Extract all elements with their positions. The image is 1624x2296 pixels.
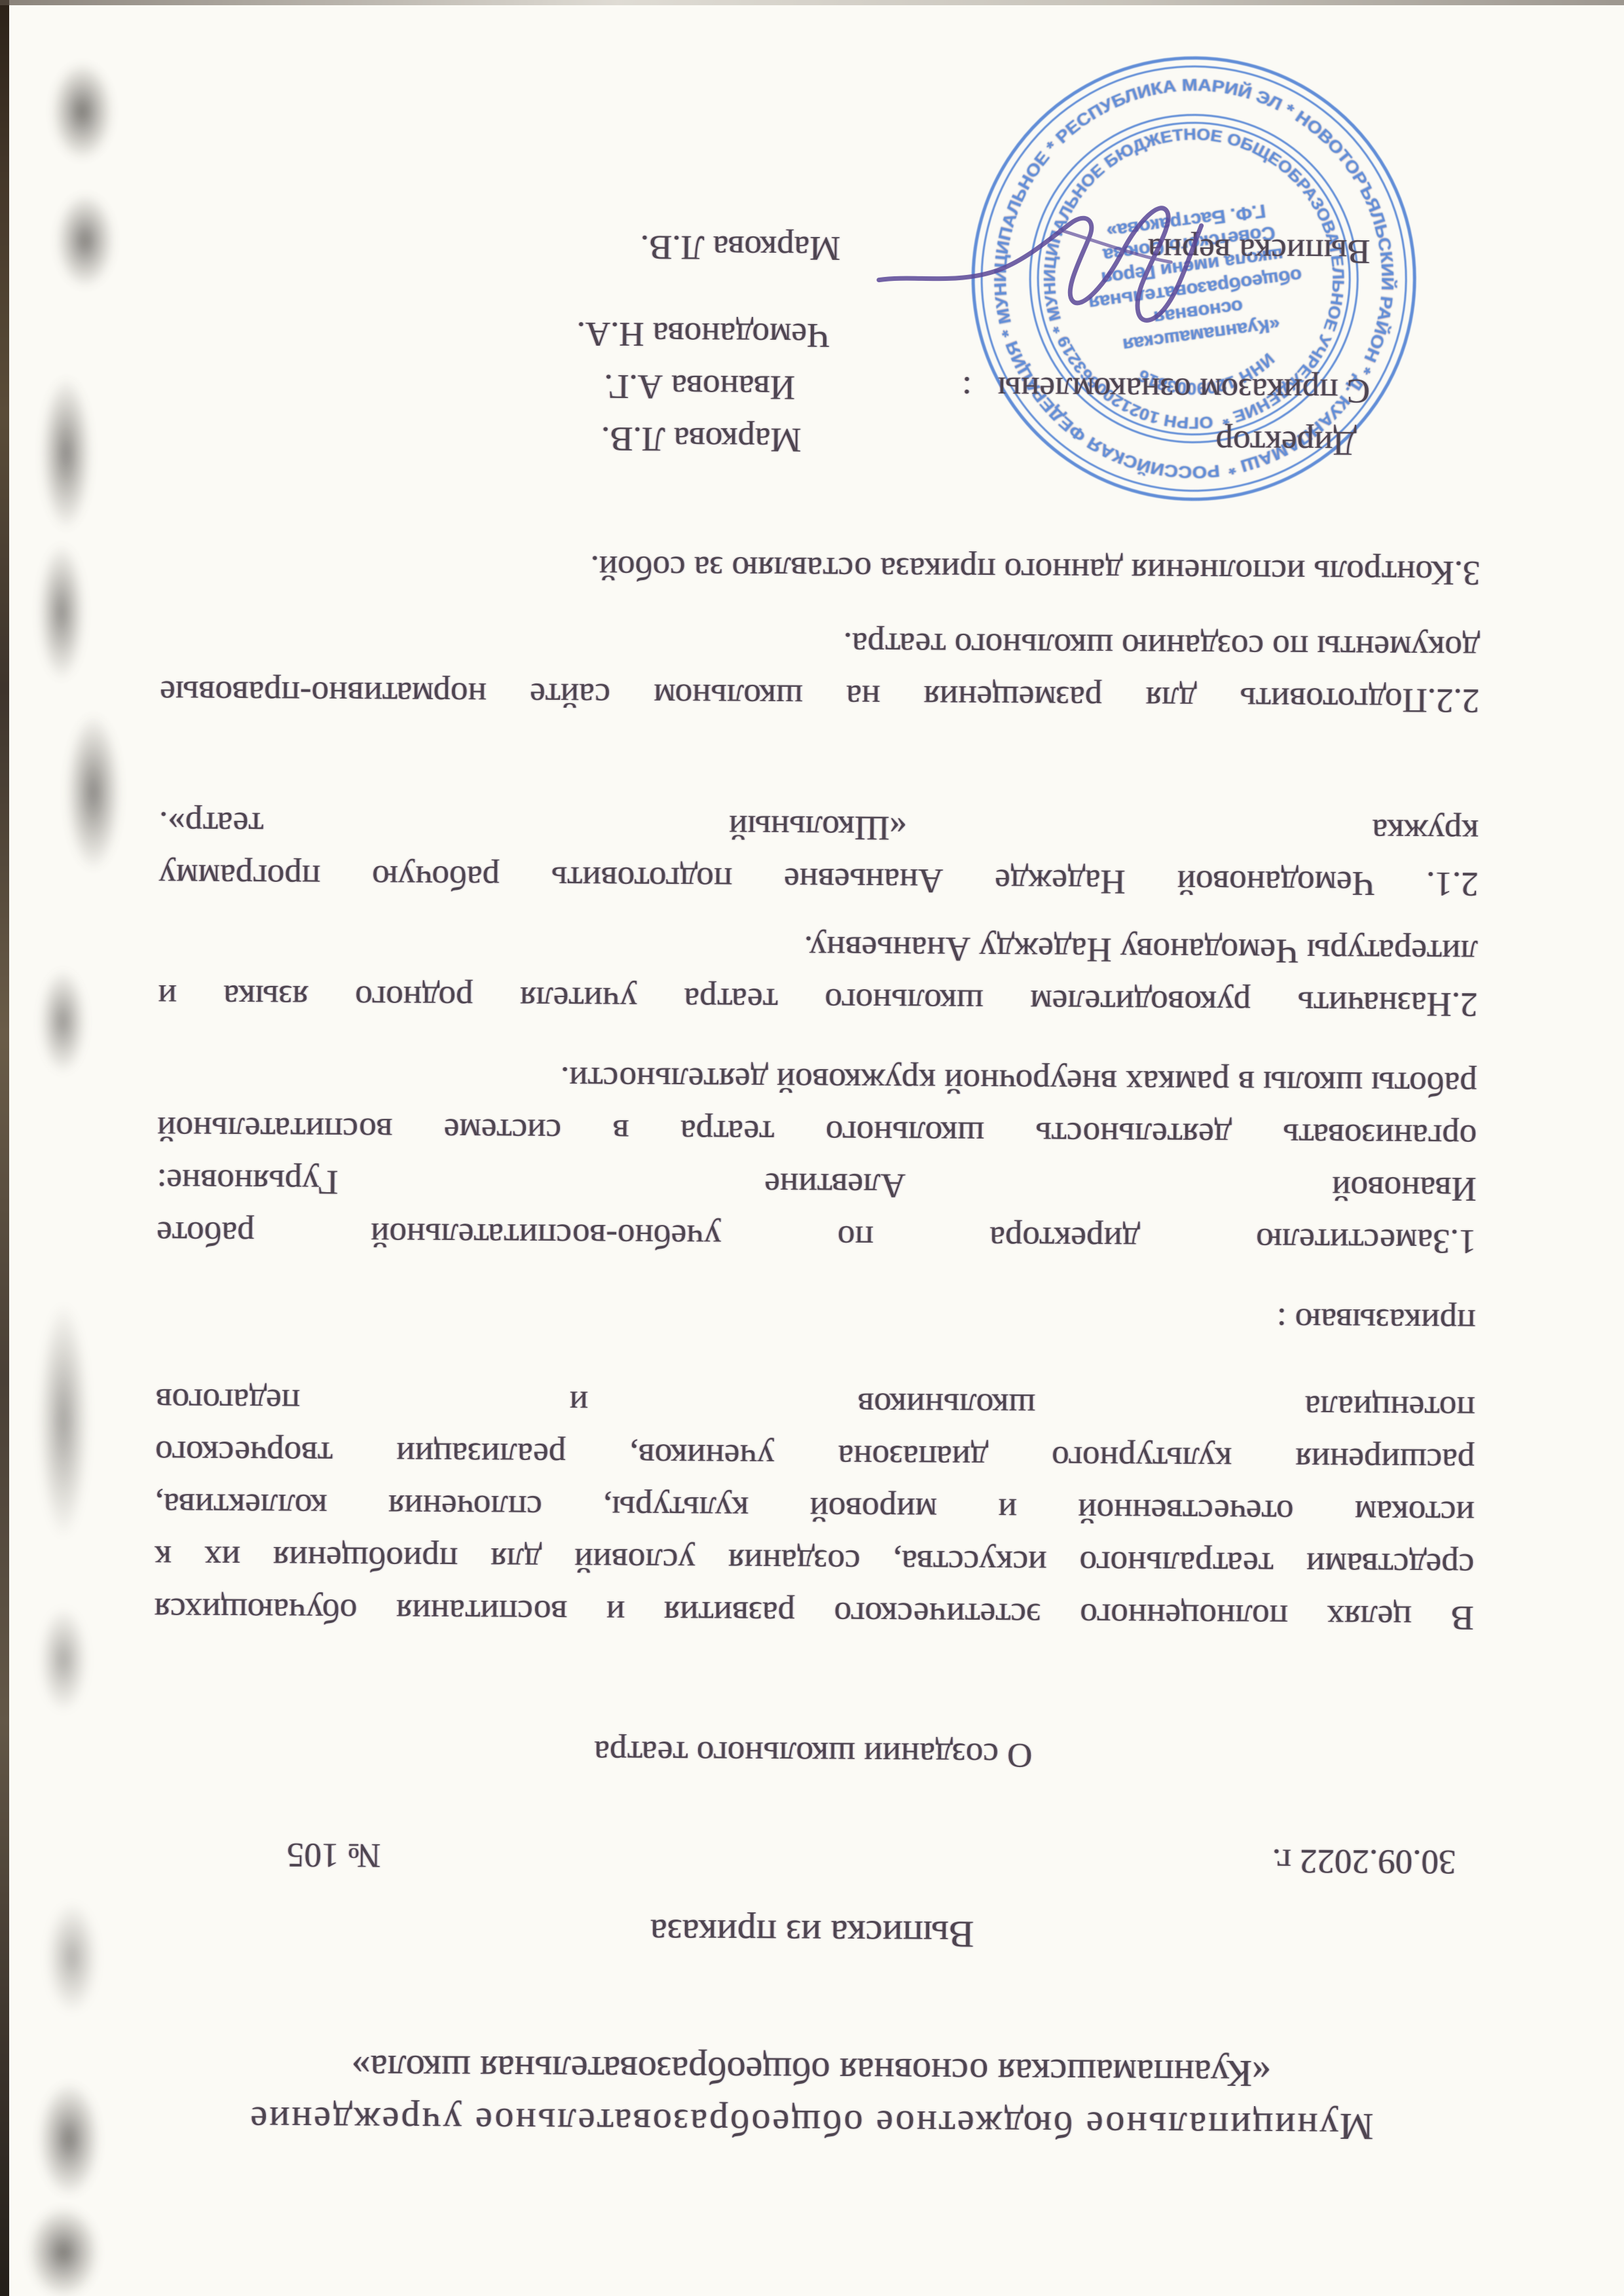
acknowledged-name-1: Иванова А.Г. [604, 360, 795, 414]
copy-true-name: Маркова Л.В. [640, 221, 841, 274]
scan-edge-left [0, 0, 9, 2296]
acknowledged-row: С приказом ознакомлены : Иванова А.Г. [162, 357, 1481, 418]
preamble-paragraph: В целях полноценного эстетического разви… [154, 1374, 1475, 1644]
acknowledged-row-2: Чемоданова Н.А. [162, 305, 1481, 365]
scan-smudge [39, 969, 86, 1074]
director-label: Директор [1215, 416, 1357, 469]
org-name-line2: «Куанпамашская основная общеобразователь… [151, 2041, 1471, 2101]
handwritten-signature [870, 182, 1211, 341]
item1-line: работы школы в рамках внеурочной кружков… [157, 1050, 1477, 1110]
scan-smudge [38, 1303, 89, 1539]
preamble-line: истокам отечественной и мировой культуры… [155, 1479, 1474, 1539]
preamble-line: средствами театрального искусства, созда… [155, 1531, 1474, 1592]
scan-smudge [38, 2082, 100, 2196]
preamble-line: В целях полноценного эстетического разви… [154, 1584, 1473, 1644]
scanned-page: Муниципальное бюджетное общеобразователь… [0, 0, 1624, 2296]
acknowledged-name-2: Чемоданова Н.А. [576, 308, 829, 361]
scan-smudge [46, 1902, 98, 2013]
order-item-1: 1.Заместителю директора по учебно-воспит… [157, 1050, 1477, 1267]
date-number-row: 30.09.2022 г. № 105 [153, 1828, 1472, 1888]
scan-smudge [41, 376, 92, 530]
item1-line: организовать деятельность школьного теат… [157, 1102, 1477, 1163]
item2-1-line: кружка «Школьный театр». [159, 797, 1479, 858]
scan-edge-top [0, 0, 1624, 5]
director-signature-row: Директор Маркова Л.В. [161, 410, 1481, 470]
document-date: 30.09.2022 г. [1272, 1834, 1456, 1888]
scan-smudge [39, 1607, 88, 1712]
order-item-2: 2.Назначить руководителем школьного теат… [158, 918, 1478, 1030]
document-number: № 105 [287, 1829, 381, 1882]
scan-smudge [56, 193, 115, 288]
order-item-2-1: 2.1. Чемодановой Надежде Ананьевне подго… [158, 797, 1479, 910]
order-item-3: 3.Контроль исполнения данного приказа ос… [160, 539, 1480, 599]
scan-smudge [28, 2206, 100, 2296]
preamble-line: расширения культурного диапазона ученико… [155, 1427, 1475, 1487]
acknowledged-label: С приказом ознакомлены : [962, 362, 1371, 417]
item1-line: 1.Заместителю директора по учебно-воспит… [157, 1207, 1476, 1267]
item2-1-line: 2.1. Чемодановой Надежде Ананьевне подго… [158, 850, 1478, 910]
scan-smudge [51, 62, 113, 160]
org-name-line1: Муниципальное бюджетное общеобразователь… [151, 2093, 1471, 2153]
document-sheet-rotated-180: Муниципальное бюджетное общеобразователь… [0, 0, 1624, 2296]
order-item-2-2: 2.2.Подготовить для размещения на школьн… [160, 614, 1480, 727]
director-name: Маркова Л.В. [601, 412, 802, 466]
preamble-line: потенциала школьников и педагогов [155, 1374, 1475, 1434]
copy-true-row: Выписка верна Маркова Л.В. [162, 218, 1482, 278]
document-subject: О создании школьного театра [153, 1724, 1473, 1784]
item2-2-line: 2.2.Подготовить для размещения на школьн… [160, 666, 1479, 727]
document-title: Выписка из приказа [152, 1903, 1471, 1963]
scan-smudge [65, 714, 121, 871]
item2-line: 2.Назначить руководителем школьного теат… [158, 970, 1477, 1030]
item2-2-line: документы по созданию школьного театра. [160, 614, 1479, 674]
item1-line: Ивановой Алевтине Гурьяновне: [157, 1155, 1476, 1215]
item2-line: литературы Чемоданову Надежду Ананьевну. [158, 918, 1478, 978]
decree-word: приказываю : [156, 1287, 1475, 1347]
scan-smudge [38, 543, 85, 681]
